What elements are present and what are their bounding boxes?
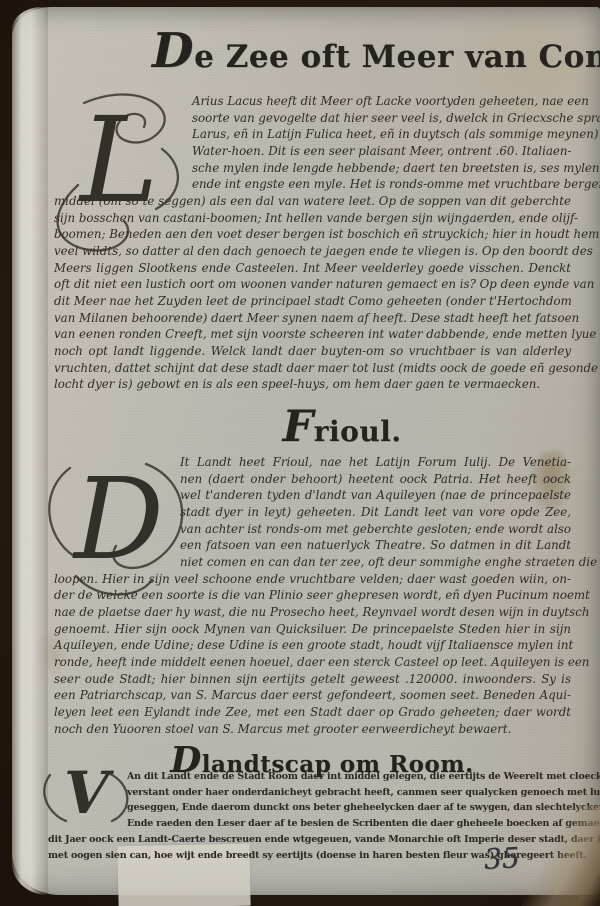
book-photo: De Zee oft Meer van Como. L Arius Lacus … xyxy=(0,0,600,906)
text-line: locht dyer is) gebowt en is als een spee… xyxy=(54,376,571,393)
text-line: ronde, heeft inde middelt eenen hoeuel, … xyxy=(54,654,571,671)
initial-flourish-svg: L xyxy=(44,89,204,254)
page-fold xyxy=(12,7,48,895)
paragraph-frioul: D It Landt heet Frioul, nae het Latijn F… xyxy=(54,454,571,737)
folio-number: 35 xyxy=(483,841,520,876)
drop-cap-letter: L xyxy=(78,91,158,229)
text-line: seer oude Stadt; hier binnen sijn eertij… xyxy=(54,671,571,688)
initial-flourish-svg: D xyxy=(46,448,206,608)
text-line: Meers liggen Slootkens ende Casteelen. I… xyxy=(54,260,571,277)
text-line: van Milanen behoorende) daert Meer synen… xyxy=(54,310,571,327)
text-line: noch den Yuooren stoel van S. Marcus met… xyxy=(54,721,571,738)
text-line: een Patriarchscap, van S. Marcus daer ee… xyxy=(54,687,571,704)
section-como: L Arius Lacus heeft dit Meer oft Lacke v… xyxy=(54,93,571,393)
decorative-initial-L: L xyxy=(54,93,186,178)
text-line: leyen leet een Eylandt inde Zee, met een… xyxy=(54,704,571,721)
text-line: noch opt landt liggende. Welck landt dae… xyxy=(54,343,571,360)
drop-cap-letter: V xyxy=(64,759,114,827)
section-frioul: D It Landt heet Frioul, nae het Latijn F… xyxy=(54,454,571,737)
text-line: dit Meer nae het Zuyden leet de principa… xyxy=(54,293,571,310)
text-line: van eenen ronden Creeft, met sijn voorst… xyxy=(54,326,571,343)
text-line: oft dit niet een lustich oort om woonen … xyxy=(54,276,571,293)
drop-cap-letter: D xyxy=(72,455,164,585)
paragraph-como: L Arius Lacus heeft dit Meer oft Lacke v… xyxy=(54,93,571,393)
text-line: vruchten, dattet schijnt dat dese stadt … xyxy=(54,360,571,377)
decorative-initial-D: D xyxy=(54,454,174,555)
section-heading-frioul: Frioul. xyxy=(142,401,542,452)
book-page: De Zee oft Meer van Como. L Arius Lacus … xyxy=(12,7,600,895)
initial-flourish-svg: V xyxy=(44,765,134,835)
decorative-initial-V: V xyxy=(48,769,122,817)
text-line: Aquileyen, ende Udine; dese Udine is een… xyxy=(54,637,571,654)
section-heading-como: De Zee oft Meer van Como. xyxy=(152,23,592,79)
text-line: genoemt. Hier sijn oock Mynen van Quicks… xyxy=(54,621,571,638)
